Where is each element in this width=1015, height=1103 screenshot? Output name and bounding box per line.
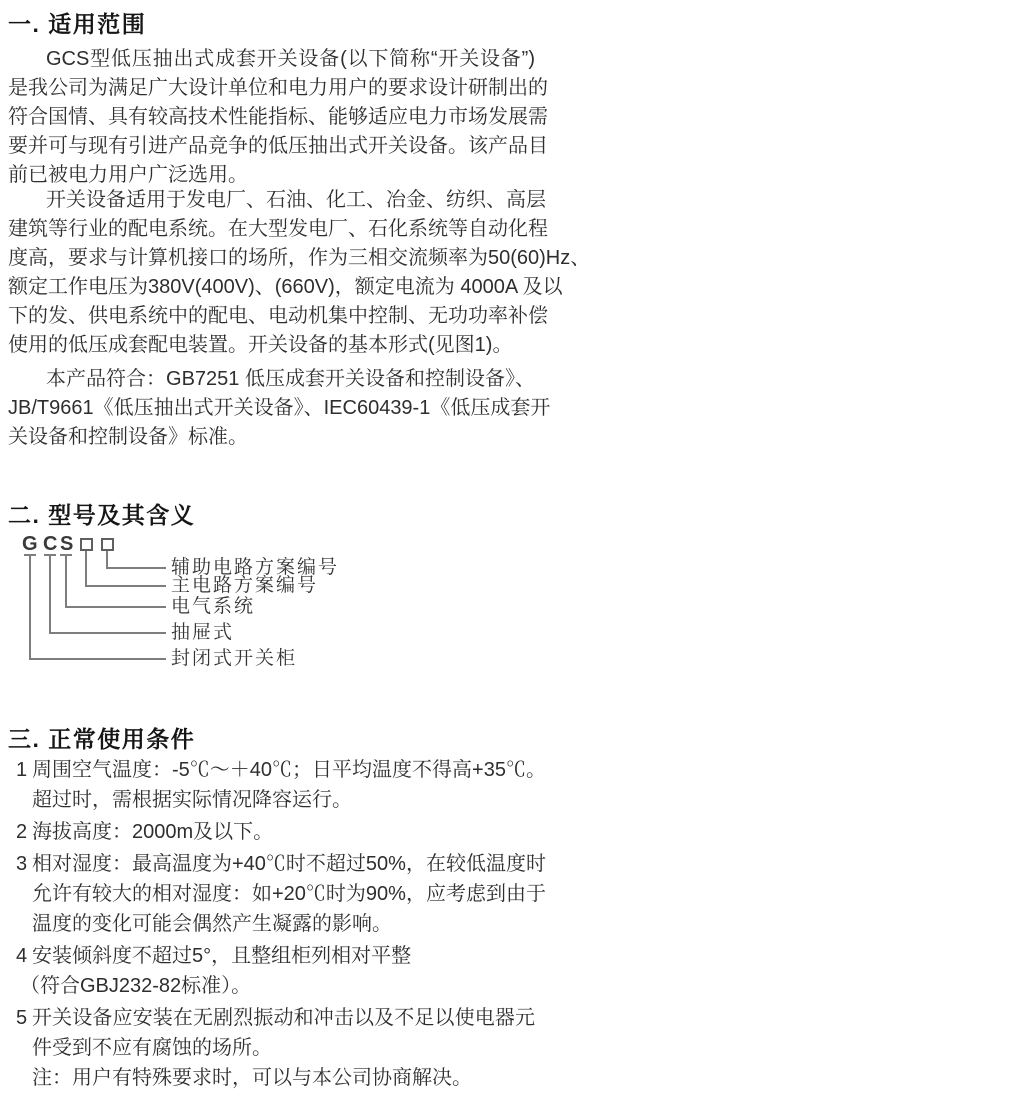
connector-hline-electrical bbox=[65, 606, 166, 608]
list-item: 4 安装倾斜度不超过5°，且整组柜列相对平整 （符合GBJ232-82标准）。 bbox=[8, 941, 535, 1001]
paragraph-1: GCS型低压抽出式成套开关设备(以下简称“开关设备”) 是我公司为满足广大设计单… bbox=[8, 45, 535, 190]
text-line: 使用的低压成套配电装置。开关设备的基本形式(见图1)。 bbox=[8, 331, 535, 360]
connector-vline-c bbox=[49, 554, 51, 634]
diagram-label-electrical-system: 电气系统 bbox=[171, 597, 255, 617]
text-line: GCS型低压抽出式成套开关设备(以下简称“开关设备”) bbox=[8, 45, 535, 74]
text-line: 允许有较大的相对湿度：如+20℃时为90%，应考虑到由于 bbox=[32, 879, 535, 909]
text-line: JB/T9661《低压抽出式开关设备》、IEC60439-1《低压成套开 bbox=[8, 394, 535, 423]
diagram-label-drawer-type: 抽屉式 bbox=[171, 623, 234, 643]
connector-vline-box1 bbox=[85, 551, 87, 587]
list-item: 3 相对湿度：最高温度为+40℃时不超过50%，在较低温度时 允许有较大的相对湿… bbox=[8, 849, 535, 939]
text-line: 关设备和控制设备》标准。 bbox=[8, 423, 535, 452]
text-line: 开关设备适用于发电厂、石油、化工、冶金、纺织、高层 bbox=[8, 186, 535, 215]
section3-heading: 三. 正常使用条件 bbox=[8, 721, 195, 754]
item-number: 2 bbox=[16, 817, 27, 847]
text-line: 度高，要求与计算机接口的场所，作为三相交流频率为50(60)Hz、 bbox=[8, 244, 535, 273]
connector-hline-aux bbox=[106, 567, 166, 569]
item-number: 3 bbox=[16, 849, 27, 879]
text-line: （符合GBJ232-82标准）。 bbox=[20, 971, 535, 1001]
connector-vline-s bbox=[65, 554, 67, 608]
section2-heading: 二. 型号及其含义 bbox=[8, 497, 195, 530]
model-placeholder-box-2 bbox=[101, 538, 114, 551]
text-line: 超过时，需根据实际情况降容运行。 bbox=[32, 785, 535, 815]
note-line: 注：用户有特殊要求时，可以与本公司协商解决。 bbox=[8, 1063, 535, 1093]
model-letter-g: G bbox=[22, 533, 38, 555]
text-line: 要并可与现有引进产品竞争的低压抽出式开关设备。该产品目 bbox=[8, 132, 535, 161]
paragraph-3: 本产品符合：GB7251 低压成套开关设备和控制设备》、 JB/T9661《低压… bbox=[8, 365, 535, 452]
connector-vline-g bbox=[29, 554, 31, 660]
text-line: 相对湿度：最高温度为+40℃时不超过50%，在较低温度时 bbox=[32, 849, 535, 879]
text-line: 周围空气温度：-5℃～＋40℃；日平均温度不得高+35℃。 bbox=[32, 755, 535, 785]
connector-hline-main bbox=[85, 585, 166, 587]
text-line: 本产品符合：GB7251 低压成套开关设备和控制设备》、 bbox=[8, 365, 535, 394]
document-page: 一. 适用范围 GCS型低压抽出式成套开关设备(以下简称“开关设备”) 是我公司… bbox=[0, 0, 1015, 1103]
text-line: 海拔高度：2000m及以下。 bbox=[32, 817, 535, 847]
text-line: 安装倾斜度不超过5°，且整组柜列相对平整 bbox=[32, 941, 535, 971]
model-designation-diagram: G C S 辅助电路方案编号 主电路方案编号 电气系统 抽屉式 封闭式开关柜 bbox=[0, 536, 545, 681]
list-item: 2 海拔高度：2000m及以下。 bbox=[8, 817, 535, 847]
text-line: 符合国情、具有较高技术性能指标、能够适应电力市场发展需 bbox=[8, 103, 535, 132]
list-item: 5 开关设备应安装在无剧烈振动和冲击以及不足以使电器元 件受到不应有腐蚀的场所。 bbox=[8, 1003, 535, 1063]
text-line: 温度的变化可能会偶然产生凝露的影响。 bbox=[32, 909, 535, 939]
text-line: 件受到不应有腐蚀的场所。 bbox=[32, 1033, 535, 1063]
model-letter-s: S bbox=[60, 533, 73, 555]
model-placeholder-box-1 bbox=[80, 538, 93, 551]
item-number: 4 bbox=[16, 941, 27, 971]
item-number: 5 bbox=[16, 1003, 27, 1033]
section1-heading: 一. 适用范围 bbox=[8, 6, 146, 39]
connector-hline-enclosed bbox=[29, 658, 166, 660]
text-line: 建筑等行业的配电系统。在大型发电厂、石化系统等自动化程 bbox=[8, 215, 535, 244]
connector-hline-drawer bbox=[49, 632, 166, 634]
paragraph-2: 开关设备适用于发电厂、石油、化工、冶金、纺织、高层 建筑等行业的配电系统。在大型… bbox=[8, 186, 535, 360]
text-line: 下的发、供电系统中的配电、电动机集中控制、无功功率补偿 bbox=[8, 302, 535, 331]
conditions-list: 1 周围空气温度：-5℃～＋40℃；日平均温度不得高+35℃。 超过时，需根据实… bbox=[8, 755, 535, 1093]
text-line: 额定工作电压为380V(400V)、(660V)，额定电流为 4000A 及以 bbox=[8, 273, 535, 302]
model-letter-c: C bbox=[43, 533, 57, 555]
text-line: 开关设备应安装在无剧烈振动和冲击以及不足以使电器元 bbox=[32, 1003, 535, 1033]
diagram-label-enclosed-switchgear: 封闭式开关柜 bbox=[171, 649, 297, 669]
text-line: 是我公司为满足广大设计单位和电力用户的要求设计研制出的 bbox=[8, 74, 535, 103]
item-number: 1 bbox=[16, 755, 27, 785]
list-item: 1 周围空气温度：-5℃～＋40℃；日平均温度不得高+35℃。 超过时，需根据实… bbox=[8, 755, 535, 815]
diagram-label-main-circuit: 主电路方案编号 bbox=[171, 576, 318, 596]
